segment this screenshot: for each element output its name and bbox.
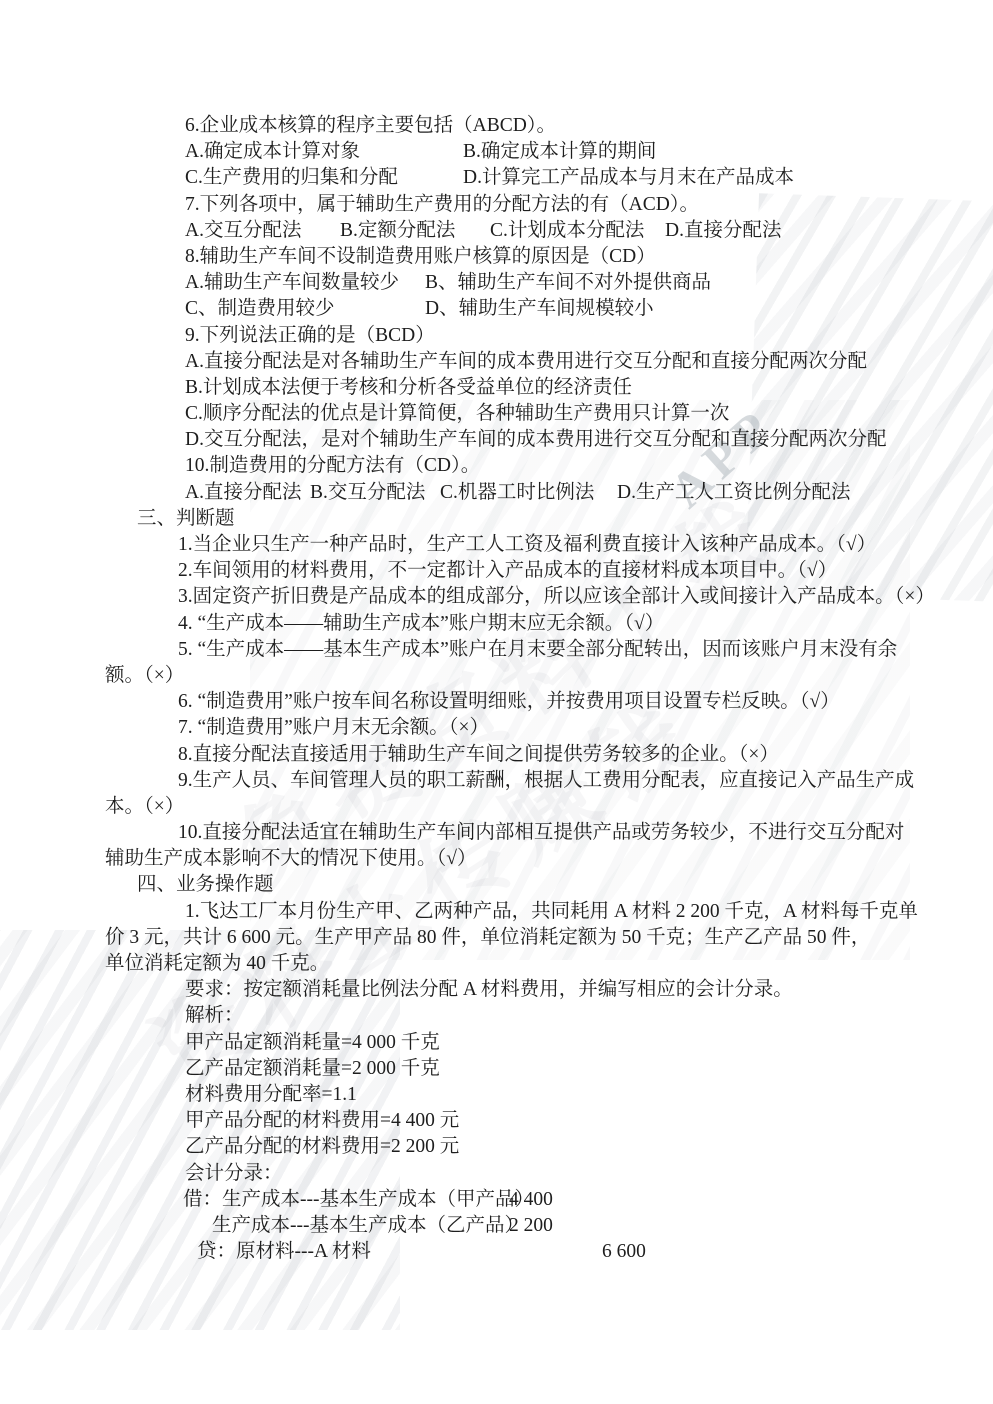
question-8-options-row-2: C、制造费用较少D、辅助生产车间规模较小 bbox=[105, 296, 905, 322]
problem-line-2: 价 3 元，共计 6 600 元。生产甲产品 80 件，单位消耗定额为 50 千… bbox=[105, 925, 905, 951]
judgment-item-2: 2.车间领用的材料费用，不一定都计入产品成本的直接材料成本项目中。（√） bbox=[105, 558, 905, 584]
section-heading-operation: 四、业务操作题 bbox=[105, 872, 905, 898]
question-8-options-row-1: A.辅助生产车间数量较少B、辅助生产车间不对外提供商品 bbox=[105, 270, 905, 296]
question-6-options-row-1: A.确定成本计算对象B.确定成本计算的期间 bbox=[105, 139, 905, 165]
question-10-stem: 10.制造费用的分配方法有（CD）。 bbox=[105, 453, 905, 479]
option-d: D、辅助生产车间规模较小 bbox=[425, 296, 654, 322]
analysis-step-4: 甲产品分配的材料费用=4 400 元 bbox=[105, 1108, 905, 1134]
option-a: A.确定成本计算对象 bbox=[185, 139, 463, 165]
judgment-item-1: 1.当企业只生产一种产品时，生产工人工资及福利费直接计入该种产品成本。（√） bbox=[105, 532, 905, 558]
question-8-stem: 8.辅助生产车间不设制造费用账户核算的原因是（CD） bbox=[105, 244, 905, 270]
option-d: D.直接分配法 bbox=[665, 218, 781, 244]
analysis-label: 解析： bbox=[105, 1003, 905, 1029]
judgment-item-4: 4. “生产成本——辅助生产成本”账户期末应无余额。（√） bbox=[105, 611, 905, 637]
judgment-item-6: 6. “制造费用”账户按车间名称设置明细账，并按费用项目设置专栏反映。（√） bbox=[105, 689, 905, 715]
problem-line-1: 1.飞达工厂本月份生产甲、乙两种产品，共同耗用 A 材料 2 200 千克，A … bbox=[105, 899, 905, 925]
judgment-item-10: 10.直接分配法适宜在辅助生产车间内部相互提供产品或劳务较少，不进行交互分配对 bbox=[105, 820, 905, 846]
question-9-option-c: C.顺序分配法的优点是计算简便，各种辅助生产费用只计算一次 bbox=[105, 401, 905, 427]
entry-account: 借：生产成本---基本生产成本（甲产品） bbox=[183, 1189, 534, 1210]
option-a: A.辅助生产车间数量较少 bbox=[185, 270, 425, 296]
document-content: 6.企业成本核算的程序主要包括（ABCD）。 A.确定成本计算对象B.确定成本计… bbox=[105, 113, 905, 1265]
option-b: B.交互分配法 bbox=[310, 480, 440, 506]
option-c: C.机器工时比例法 bbox=[440, 480, 617, 506]
question-7-stem: 7.下列各项中，属于辅助生产费用的分配方法的有（ACD）。 bbox=[105, 192, 905, 218]
option-d: D.计算完工产品成本与月末在产品成本 bbox=[463, 165, 794, 191]
analysis-step-3: 材料费用分配率=1.1 bbox=[105, 1082, 905, 1108]
question-6-stem: 6.企业成本核算的程序主要包括（ABCD）。 bbox=[105, 113, 905, 139]
option-c: C、制造费用较少 bbox=[185, 296, 425, 322]
entry-amount: 4 400 bbox=[509, 1187, 553, 1213]
judgment-item-9-continued: 本。（×） bbox=[105, 794, 905, 820]
journal-entry-credit: 贷：原材料---A 材料 6 600 bbox=[105, 1239, 905, 1265]
judgment-item-8: 8.直接分配法直接适用于辅助生产车间之间提供劳务较多的企业。（×） bbox=[105, 742, 905, 768]
entry-amount: 2 200 bbox=[509, 1213, 553, 1239]
option-d: D.生产工人工资比例分配法 bbox=[617, 480, 850, 506]
judgment-item-9: 9.生产人员、车间管理人员的职工薪酬，根据人工费用分配表，应直接记入产品生产成 bbox=[105, 768, 905, 794]
analysis-step-2: 乙产品定额消耗量=2 000 千克 bbox=[105, 1056, 905, 1082]
option-b: B、辅助生产车间不对外提供商品 bbox=[425, 270, 711, 296]
option-a: A.交互分配法 bbox=[185, 218, 340, 244]
option-b: B.确定成本计算的期间 bbox=[463, 139, 656, 165]
document-page: 免费资料下载 资料上传赚钱 APP 6.企业成本核算的程序主要包括（ABCD）。… bbox=[0, 0, 993, 1404]
question-9-stem: 9.下列说法正确的是（BCD） bbox=[105, 323, 905, 349]
option-b: B.定额分配法 bbox=[340, 218, 490, 244]
option-a: A.直接分配法 bbox=[185, 480, 310, 506]
option-c: C.计划成本分配法 bbox=[490, 218, 665, 244]
question-9-option-a: A.直接分配法是对各辅助生产车间的成本费用进行交互分配和直接分配两次分配 bbox=[105, 349, 905, 375]
entry-amount: 6 600 bbox=[602, 1239, 646, 1265]
analysis-step-1: 甲产品定额消耗量=4 000 千克 bbox=[105, 1030, 905, 1056]
judgment-item-7: 7. “制造费用”账户月末无余额。（×） bbox=[105, 715, 905, 741]
question-9-option-d: D.交互分配法，是对个辅助生产车间的成本费用进行交互分配和直接分配两次分配 bbox=[105, 427, 905, 453]
question-7-options-row: A.交互分配法B.定额分配法C.计划成本分配法D.直接分配法 bbox=[105, 218, 905, 244]
journal-entry-label: 会计分录： bbox=[105, 1161, 905, 1187]
question-6-options-row-2: C.生产费用的归集和分配D.计算完工产品成本与月末在产品成本 bbox=[105, 165, 905, 191]
journal-entry-debit-2: 生产成本---基本生产成本（乙产品） 2 200 bbox=[105, 1213, 905, 1239]
section-heading-judgment: 三、判断题 bbox=[105, 506, 905, 532]
question-9-option-b: B.计划成本法便于考核和分析各受益单位的经济责任 bbox=[105, 375, 905, 401]
entry-account: 生产成本---基本生产成本（乙产品） bbox=[212, 1215, 524, 1236]
option-c: C.生产费用的归集和分配 bbox=[185, 165, 463, 191]
problem-requirement: 要求：按定额消耗量比例法分配 A 材料费用，并编写相应的会计分录。 bbox=[105, 977, 905, 1003]
question-10-options-row: A.直接分配法B.交互分配法C.机器工时比例法D.生产工人工资比例分配法 bbox=[105, 480, 905, 506]
analysis-step-5: 乙产品分配的材料费用=2 200 元 bbox=[105, 1134, 905, 1160]
problem-line-3: 单位消耗定额为 40 千克。 bbox=[105, 951, 905, 977]
judgment-item-5-continued: 额。（×） bbox=[105, 663, 905, 689]
judgment-item-5: 5. “生产成本——基本生产成本”账户在月末要全部分配转出，因而该账户月末没有余 bbox=[105, 637, 905, 663]
judgment-item-10-continued: 辅助生产成本影响不大的情况下使用。（√） bbox=[105, 846, 905, 872]
entry-account: 贷：原材料---A 材料 bbox=[197, 1241, 371, 1262]
journal-entry-debit-1: 借：生产成本---基本生产成本（甲产品） 4 400 bbox=[105, 1187, 905, 1213]
judgment-item-3: 3.固定资产折旧费是产品成本的组成部分，所以应该全部计入或间接计入产品成本。（×… bbox=[105, 584, 905, 610]
